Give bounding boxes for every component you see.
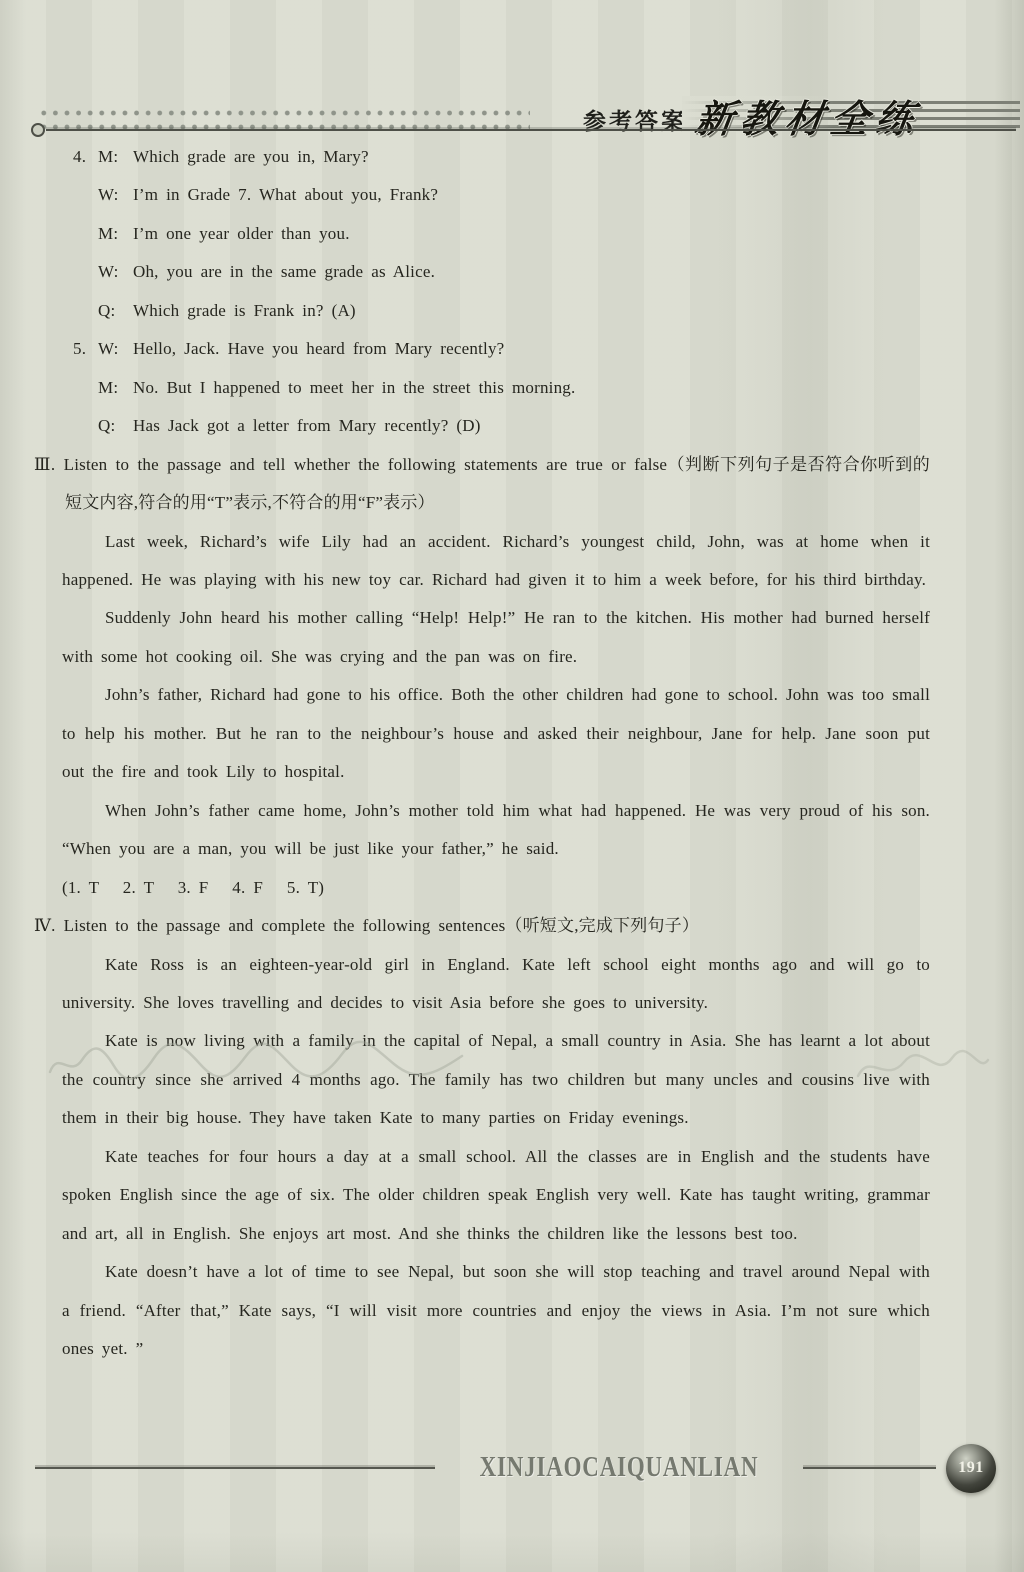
dialogue-text: Has Jack got a letter from Mary recently… xyxy=(133,407,481,445)
passage-paragraph: John’s father, Richard had gone to his o… xyxy=(62,676,930,791)
dialogue-line: 4. M: Which grade are you in, Mary? xyxy=(0,138,1024,176)
speaker-label: W: xyxy=(98,176,133,214)
dialogue-number: 5. xyxy=(73,330,98,368)
dialogue-number xyxy=(73,369,98,407)
header-rule xyxy=(46,129,1016,131)
dialogue-number xyxy=(73,292,98,330)
dialogue-line: W: Oh, you are in the same grade as Alic… xyxy=(0,253,1024,291)
dialogue-number xyxy=(73,253,98,291)
passage-paragraph: Kate doesn’t have a lot of time to see N… xyxy=(62,1253,930,1368)
dialogue-line: M: I’m one year older than you. xyxy=(0,215,1024,253)
dialogue-text: No. But I happened to meet her in the st… xyxy=(133,369,575,407)
passage-paragraph: Suddenly John heard his mother calling “… xyxy=(62,599,930,676)
footer-rule-right xyxy=(803,1467,936,1469)
dialogue-text: Which grade are you in, Mary? xyxy=(133,138,369,176)
dialogue-line: Q: Has Jack got a letter from Mary recen… xyxy=(0,407,1024,445)
brand-logo-text: 新教材全练 xyxy=(692,88,925,143)
speaker-label: W: xyxy=(98,253,133,291)
true-false-answers: (1. T 2. T 3. F 4. F 5. T) xyxy=(62,869,930,907)
passage-paragraph: Last week, Richard’s wife Lily had an ac… xyxy=(62,523,930,600)
speaker-label: M: xyxy=(98,369,133,407)
page-number-badge: 191 xyxy=(946,1444,996,1493)
dialogue-number xyxy=(73,176,98,214)
section-4-body: Kate Ross is an eighteen-year-old girl i… xyxy=(0,946,1024,1369)
page-number: 191 xyxy=(958,1459,984,1477)
footer-rule-left xyxy=(35,1467,435,1469)
dialogue-text: I’m one year older than you. xyxy=(133,215,350,253)
dialogue-text: Hello, Jack. Have you heard from Mary re… xyxy=(133,330,504,368)
dialogue-number: 4. xyxy=(73,138,98,176)
dialogue-line: Q: Which grade is Frank in? (A) xyxy=(0,292,1024,330)
brand-logo: 新教材全练 xyxy=(688,92,1020,134)
rule-end-circle xyxy=(31,123,45,137)
decorative-dots xyxy=(38,104,530,131)
answers-label: 参考答案 xyxy=(583,103,687,136)
scanned-answer-page: 参考答案 新教材全练 4. M: Which grade are you in,… xyxy=(0,0,1024,1572)
dialogue-text: Oh, you are in the same grade as Alice. xyxy=(133,253,435,291)
page-content: 4. M: Which grade are you in, Mary? W: I… xyxy=(0,138,1024,1369)
speaker-label: M: xyxy=(98,138,133,176)
dialogue-line: M: No. But I happened to meet her in the… xyxy=(0,369,1024,407)
speaker-label: Q: xyxy=(98,292,133,330)
section-3-heading: Ⅲ. Listen to the passage and tell whethe… xyxy=(0,446,1024,523)
ghost-handwriting xyxy=(852,1040,992,1090)
speaker-label: W: xyxy=(98,330,133,368)
section-3-body: Last week, Richard’s wife Lily had an ac… xyxy=(0,523,1024,908)
dialogue-line: 5. W: Hello, Jack. Have you heard from M… xyxy=(0,330,1024,368)
ghost-handwriting xyxy=(42,1032,472,1090)
speaker-label: M: xyxy=(98,215,133,253)
passage-paragraph: Kate teaches for four hours a day at a s… xyxy=(62,1138,930,1253)
dialogue-text: Which grade is Frank in? (A) xyxy=(133,292,356,330)
page-footer: XINJIAOCAIQUANLIAN 191 xyxy=(35,1441,996,1495)
passage-paragraph: Kate Ross is an eighteen-year-old girl i… xyxy=(62,946,930,1023)
footer-brand-text: XINJIAOCAIQUANLIAN xyxy=(480,1452,759,1484)
speaker-label: Q: xyxy=(98,407,133,445)
dialogue-text: I’m in Grade 7. What about you, Frank? xyxy=(133,176,438,214)
dialogue-number xyxy=(73,407,98,445)
passage-paragraph: When John’s father came home, John’s mot… xyxy=(62,792,930,869)
dialogue-number xyxy=(73,215,98,253)
dialogue-line: W: I’m in Grade 7. What about you, Frank… xyxy=(0,176,1024,214)
section-4-heading: Ⅳ. Listen to the passage and complete th… xyxy=(0,907,1024,945)
